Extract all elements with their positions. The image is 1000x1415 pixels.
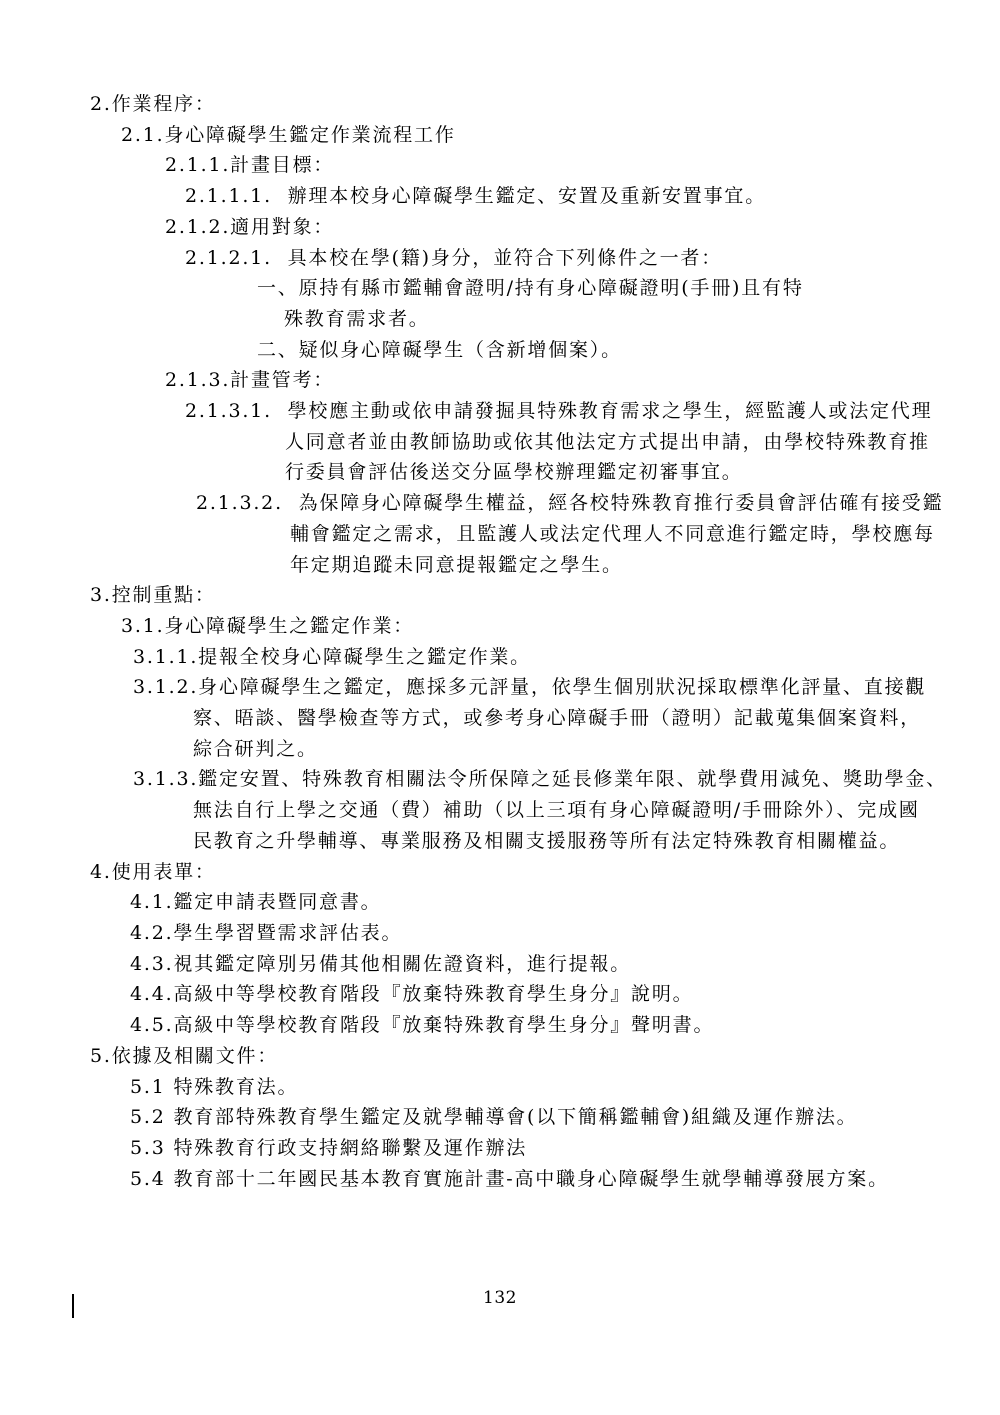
doc-line: 年定期追蹤未同意提報鑑定之學生。 [290, 550, 1000, 581]
doc-line: 4.4.高級中等學校教育階段『放棄特殊教育學生身分』說明。 [130, 979, 1000, 1010]
doc-line: 2.1.2.適用對象： [165, 212, 1000, 243]
doc-line: 5.3 特殊教育行政支持網絡聯繫及運作辦法 [130, 1133, 1000, 1164]
doc-line: 察、晤談、醫學檢查等方式，或參考身心障礙手冊（證明）記載蒐集個案資料， [193, 703, 1000, 734]
doc-line: 2.作業程序： [90, 89, 1000, 120]
doc-line: 3.1.1.提報全校身心障礙學生之鑑定作業。 [133, 642, 1000, 673]
doc-line: 2.1.2.1. 具本校在學(籍)身分，並符合下列條件之一者： [185, 243, 1000, 274]
doc-line: 3.1.身心障礙學生之鑑定作業： [121, 611, 1000, 642]
doc-line: 3.1.2.身心障礙學生之鑑定，應採多元評量，依學生個別狀況採取標準化評量、直接… [133, 672, 1000, 703]
doc-line: 殊教育需求者。 [284, 304, 1000, 335]
doc-line: 2.1.3.計畫管考： [165, 365, 1000, 396]
doc-line: 5.依據及相關文件： [90, 1041, 1000, 1072]
doc-line: 5.1 特殊教育法。 [130, 1072, 1000, 1103]
doc-line: 5.4 教育部十二年國民基本教育實施計畫-高中職身心障礙學生就學輔導發展方案。 [130, 1164, 1000, 1195]
doc-line: 4.2.學生學習暨需求評估表。 [130, 918, 1000, 949]
page-number: 132 [0, 1288, 1000, 1308]
doc-line: 無法自行上學之交通（費）補助（以上三項有身心障礙證明/手冊除外）、完成國 [193, 795, 1000, 826]
doc-line: 2.1.1.1. 辦理本校身心障礙學生鑑定、安置及重新安置事宜。 [185, 181, 1000, 212]
doc-line: 二、疑似身心障礙學生（含新增個案）。 [257, 335, 1000, 366]
doc-line: 2.1.1.計畫目標： [165, 150, 1000, 181]
doc-line: 5.2 教育部特殊教育學生鑑定及就學輔導會(以下簡稱鑑輔會)組織及運作辦法。 [130, 1102, 1000, 1133]
doc-line: 行委員會評估後送交分區學校辦理鑑定初審事宜。 [285, 457, 1000, 488]
doc-line: 3.1.3.鑑定安置、特殊教育相關法令所保障之延長修業年限、就學費用減免、獎助學… [133, 764, 1000, 795]
doc-line: 綜合研判之。 [193, 734, 1000, 765]
doc-line: 一、原持有縣市鑑輔會證明/持有身心障礙證明(手冊)且有特 [257, 273, 1000, 304]
doc-line: 4.1.鑑定申請表暨同意書。 [130, 887, 1000, 918]
doc-line: 2.1.身心障礙學生鑑定作業流程工作 [121, 120, 1000, 151]
document-body: 2.作業程序：2.1.身心障礙學生鑑定作業流程工作2.1.1.計畫目標：2.1.… [0, 89, 1000, 1194]
doc-line: 2.1.3.2. 為保障身心障礙學生權益，經各校特殊教育推行委員會評估確有接受鑑 [196, 488, 1000, 519]
doc-line: 4.5.高級中等學校教育階段『放棄特殊教育學生身分』聲明書。 [130, 1010, 1000, 1041]
doc-line: 4.使用表單： [90, 857, 1000, 888]
doc-line: 人同意者並由教師協助或依其他法定方式提出申請，由學校特殊教育推 [285, 427, 1000, 458]
doc-line: 2.1.3.1. 學校應主動或依申請發掘具特殊教育需求之學生，經監護人或法定代理 [185, 396, 1000, 427]
doc-line: 輔會鑑定之需求，且監護人或法定代理人不同意進行鑑定時，學校應每 [290, 519, 1000, 550]
doc-line: 3.控制重點： [90, 580, 1000, 611]
doc-line: 4.3.視其鑑定障別另備其他相關佐證資料，進行提報。 [130, 949, 1000, 980]
doc-line: 民教育之升學輔導、專業服務及相關支援服務等所有法定特殊教育相關權益。 [193, 826, 1000, 857]
